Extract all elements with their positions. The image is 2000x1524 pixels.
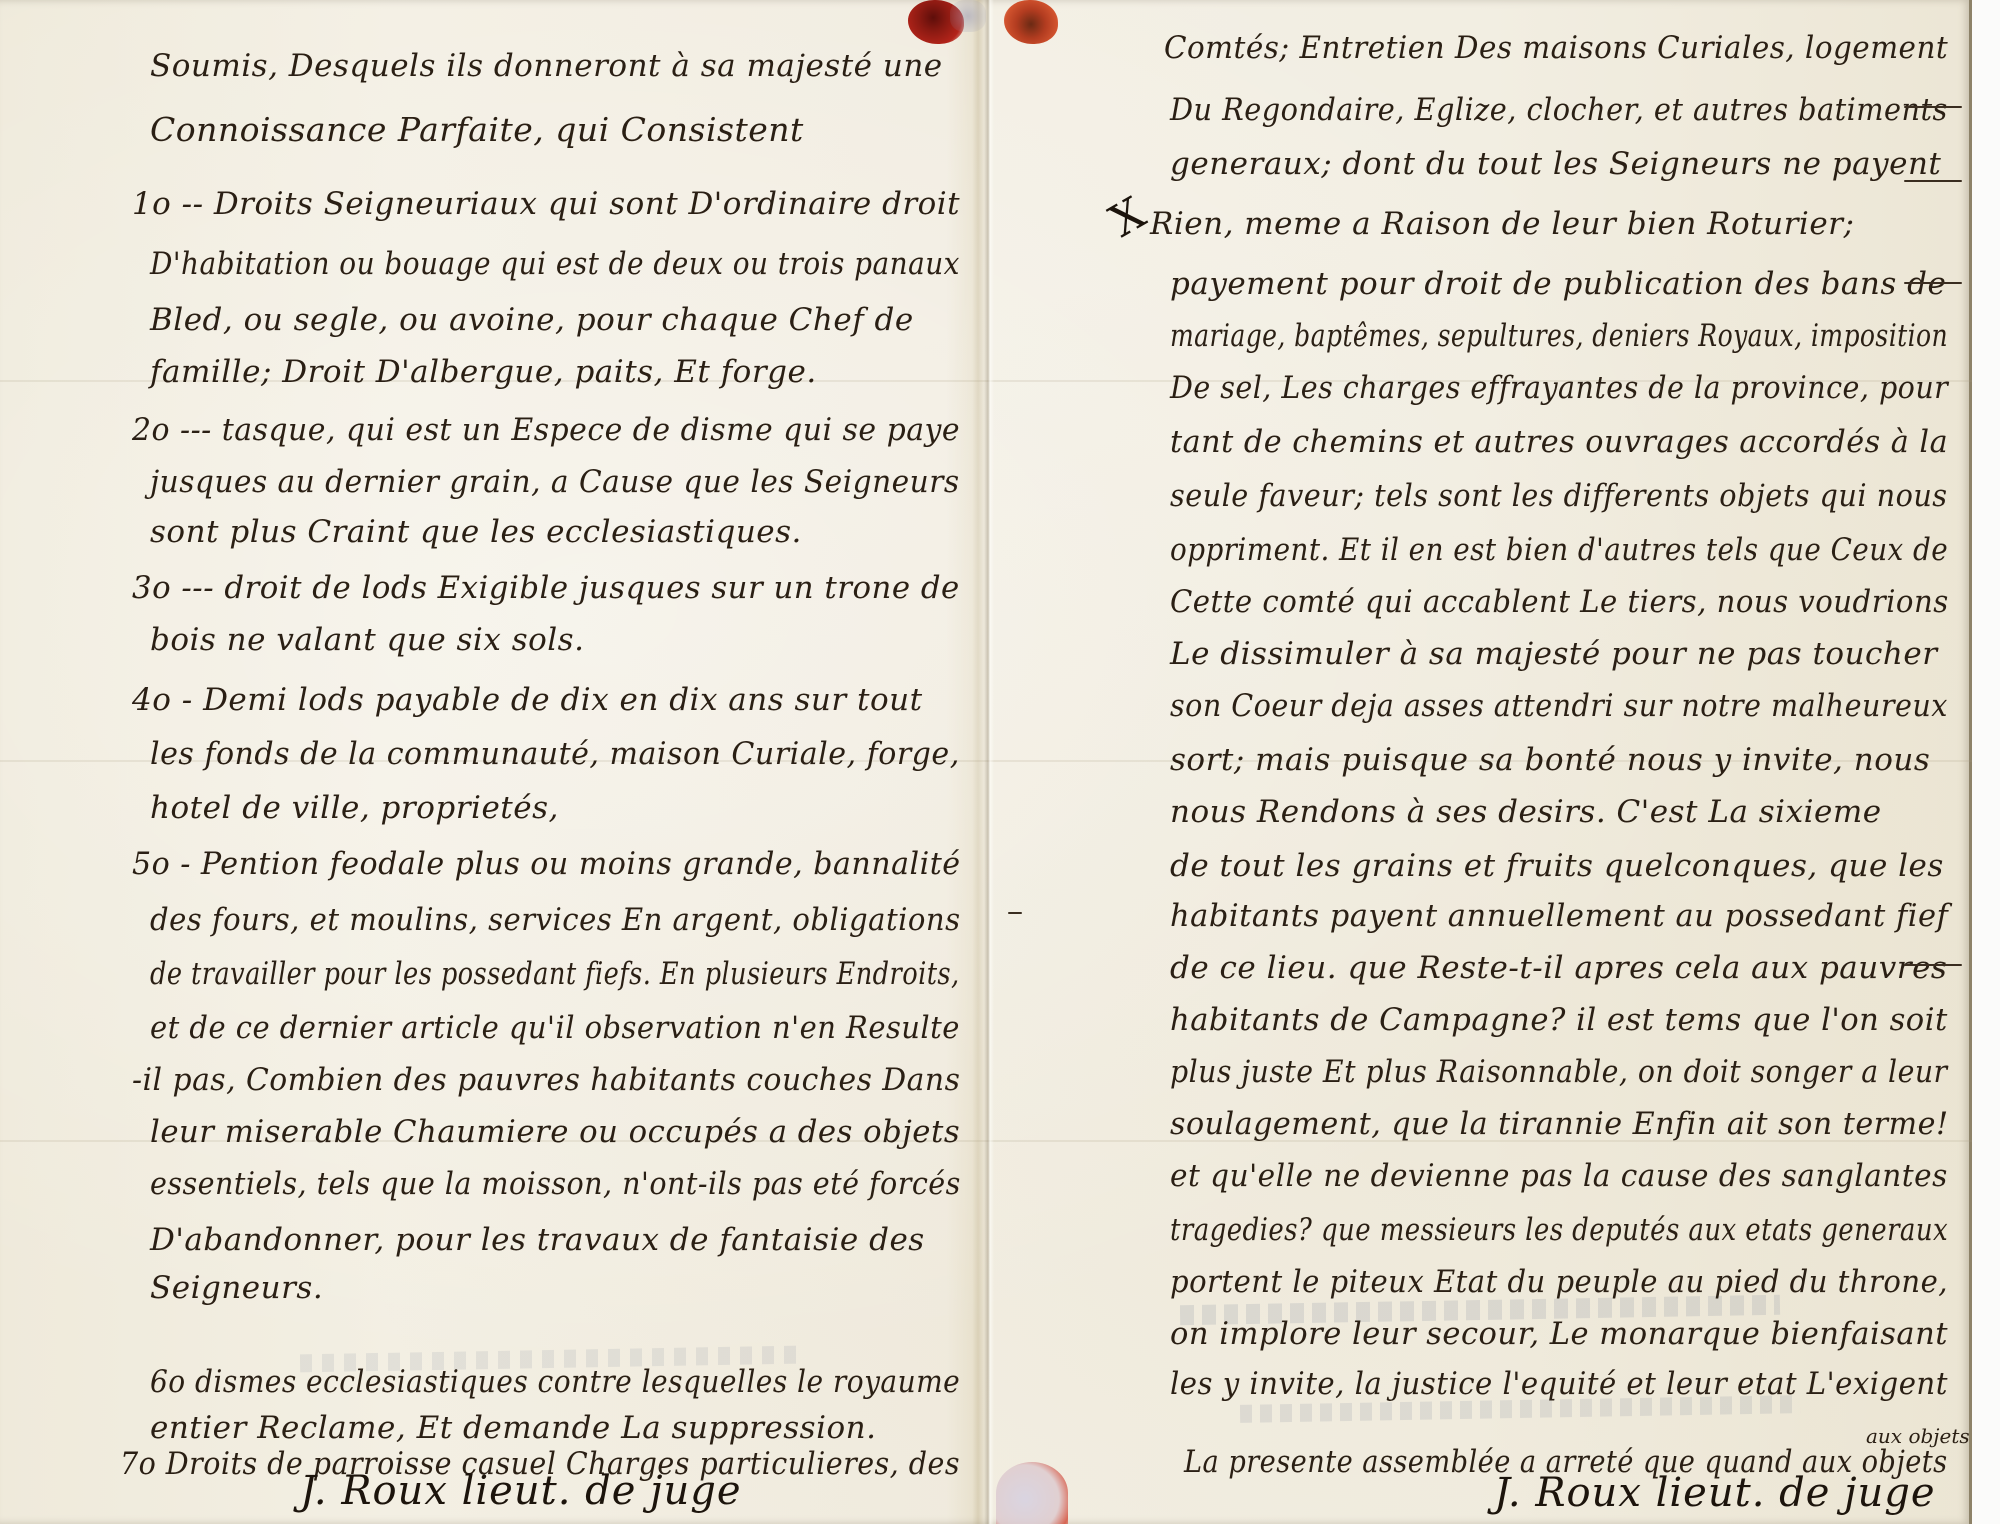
manuscript-line: et qu'elle ne devienne pas la cause des …	[1170, 1158, 1948, 1194]
manuscript-line: famille; Droit D'albergue, paits, Et for…	[150, 354, 817, 390]
manuscript-line: sort; mais puisque sa bonté nous y invit…	[1170, 742, 1930, 778]
manuscript-line: les y invite, la justice l'equité et leu…	[1170, 1366, 1948, 1402]
list-item-4: 4o - Demi lods payable de dix en dix ans…	[132, 682, 923, 718]
manuscript-line: de tout les grains et fruits quelconques…	[1170, 848, 1944, 884]
manuscript-line: D'abandonner, pour les travaux de fantai…	[150, 1222, 925, 1258]
manuscript-line: habitants de Campagne? il est tems que l…	[1170, 1002, 1948, 1038]
signature-right: J. Roux lieut. de juge	[1494, 1470, 1936, 1516]
manuscript-line: les fonds de la communauté, maison Curia…	[150, 736, 960, 772]
list-item-5: 5o - Pention feodale plus ou moins grand…	[132, 846, 961, 882]
manuscript-line: jusques au dernier grain, a Cause que le…	[150, 464, 960, 500]
manuscript-line: portent le piteux Etat du peuple au pied…	[1170, 1264, 1948, 1300]
manuscript-line: sont plus Craint que les ecclesiastiques…	[150, 514, 802, 550]
manuscript-line: plus juste Et plus Raisonnable, on doit …	[1170, 1054, 1948, 1090]
manuscript-line: habitants payent annuellement au posseda…	[1170, 898, 1948, 934]
margin-insertion-mark: X	[1101, 188, 1154, 248]
manuscript-line: soulagement, que la tirannie Enfin ait s…	[1170, 1106, 1949, 1142]
manuscript-line: hotel de ville, proprietés,	[150, 790, 559, 826]
manuscript-line: Du Regondaire, Eglize, clocher, et autre…	[1170, 92, 1948, 128]
manuscript-line: Bled, ou segle, ou avoine, pour chaque C…	[150, 302, 914, 338]
manuscript-line: seule faveur; tels sont les differents o…	[1170, 478, 1948, 514]
manuscript-line: entier Reclame, Et demande La suppressio…	[150, 1410, 876, 1446]
manuscript-line: on implore leur secour, Le monarque bien…	[1170, 1316, 1948, 1352]
list-item-2: 2o --- tasque, qui est un Espece de dism…	[132, 412, 960, 448]
manuscript-line: tragedies? que messieurs les deputés aux…	[1170, 1212, 1948, 1248]
manuscript-line: Comtés; Entretien Des maisons Curiales, …	[1164, 30, 1948, 66]
line-filler-dash	[1904, 106, 1962, 108]
manuscript-line: Connoissance Parfaite, qui Consistent	[150, 110, 804, 149]
manuscript-line: de ce lieu. que Reste-t-il apres cela au…	[1170, 950, 1947, 986]
manuscript-line: -il pas, Combien des pauvres habitants c…	[132, 1062, 960, 1098]
manuscript-line: mariage, baptêmes, sepultures, deniers R…	[1170, 318, 1948, 354]
manuscript-line: tant de chemins et autres ouvrages accor…	[1170, 424, 1948, 460]
manuscript-line: Seigneurs.	[150, 1270, 323, 1306]
list-item-1: 1o -- Droits Seigneuriaux qui sont D'ord…	[132, 186, 960, 222]
right-page: Comtés; Entretien Des maisons Curiales, …	[994, 0, 1972, 1524]
manuscript-line: Le dissimuler à sa majesté pour ne pas t…	[1170, 636, 1938, 672]
line-filler-dash	[1904, 282, 1962, 284]
list-item-3: 3o --- droit de lods Exigible jusques su…	[132, 570, 960, 606]
manuscript-line: De sel, Les charges effrayantes de la pr…	[1170, 370, 1948, 406]
line-filler-dash	[1904, 180, 1962, 182]
manuscript-line: generaux; dont du tout les Seigneurs ne …	[1170, 146, 1941, 182]
manuscript-line: D'habitation ou bouage qui est de deux o…	[150, 246, 960, 282]
manuscript-line: et de ce dernier article qu'il observati…	[150, 1010, 960, 1046]
manuscript-line: Rien, meme a Raison de leur bien Roturie…	[1150, 206, 1854, 242]
margin-dash	[1008, 912, 1022, 914]
manuscript-line: leur miserable Chaumiere ou occupés a de…	[150, 1114, 960, 1150]
manuscript-line: essentiels, tels que la moisson, n'ont-i…	[150, 1166, 961, 1202]
manuscript-line: de travailler pour les possedant fiefs. …	[150, 956, 960, 992]
manuscript-line: des fours, et moulins, services En argen…	[150, 902, 961, 938]
manuscript-line: oppriment. Et il en est bien d'autres te…	[1170, 532, 1948, 568]
manuscript-line: bois ne valant que six sols.	[150, 622, 584, 658]
manuscript-line: payement pour droit de publication des b…	[1170, 266, 1946, 302]
manuscript-line: Soumis, Desquels ils donneront à sa maje…	[150, 48, 943, 84]
manuscript-line: Cette comté qui accablent Le tiers, nous…	[1170, 584, 1949, 620]
manuscript-line: son Coeur deja asses attendri sur notre …	[1170, 688, 1948, 724]
signature-left: J. Roux lieut. de juge	[300, 1468, 742, 1514]
list-item-6: 6o dismes ecclesiastiques contre lesquel…	[150, 1364, 960, 1400]
left-page: Soumis, Desquels ils donneront à sa maje…	[0, 0, 984, 1524]
scan-background-edge	[1972, 0, 2000, 1524]
line-filler-dash	[1904, 964, 1962, 966]
manuscript-line: nous Rendons à ses desirs. C'est La sixi…	[1170, 794, 1882, 830]
center-fold	[984, 0, 994, 1524]
